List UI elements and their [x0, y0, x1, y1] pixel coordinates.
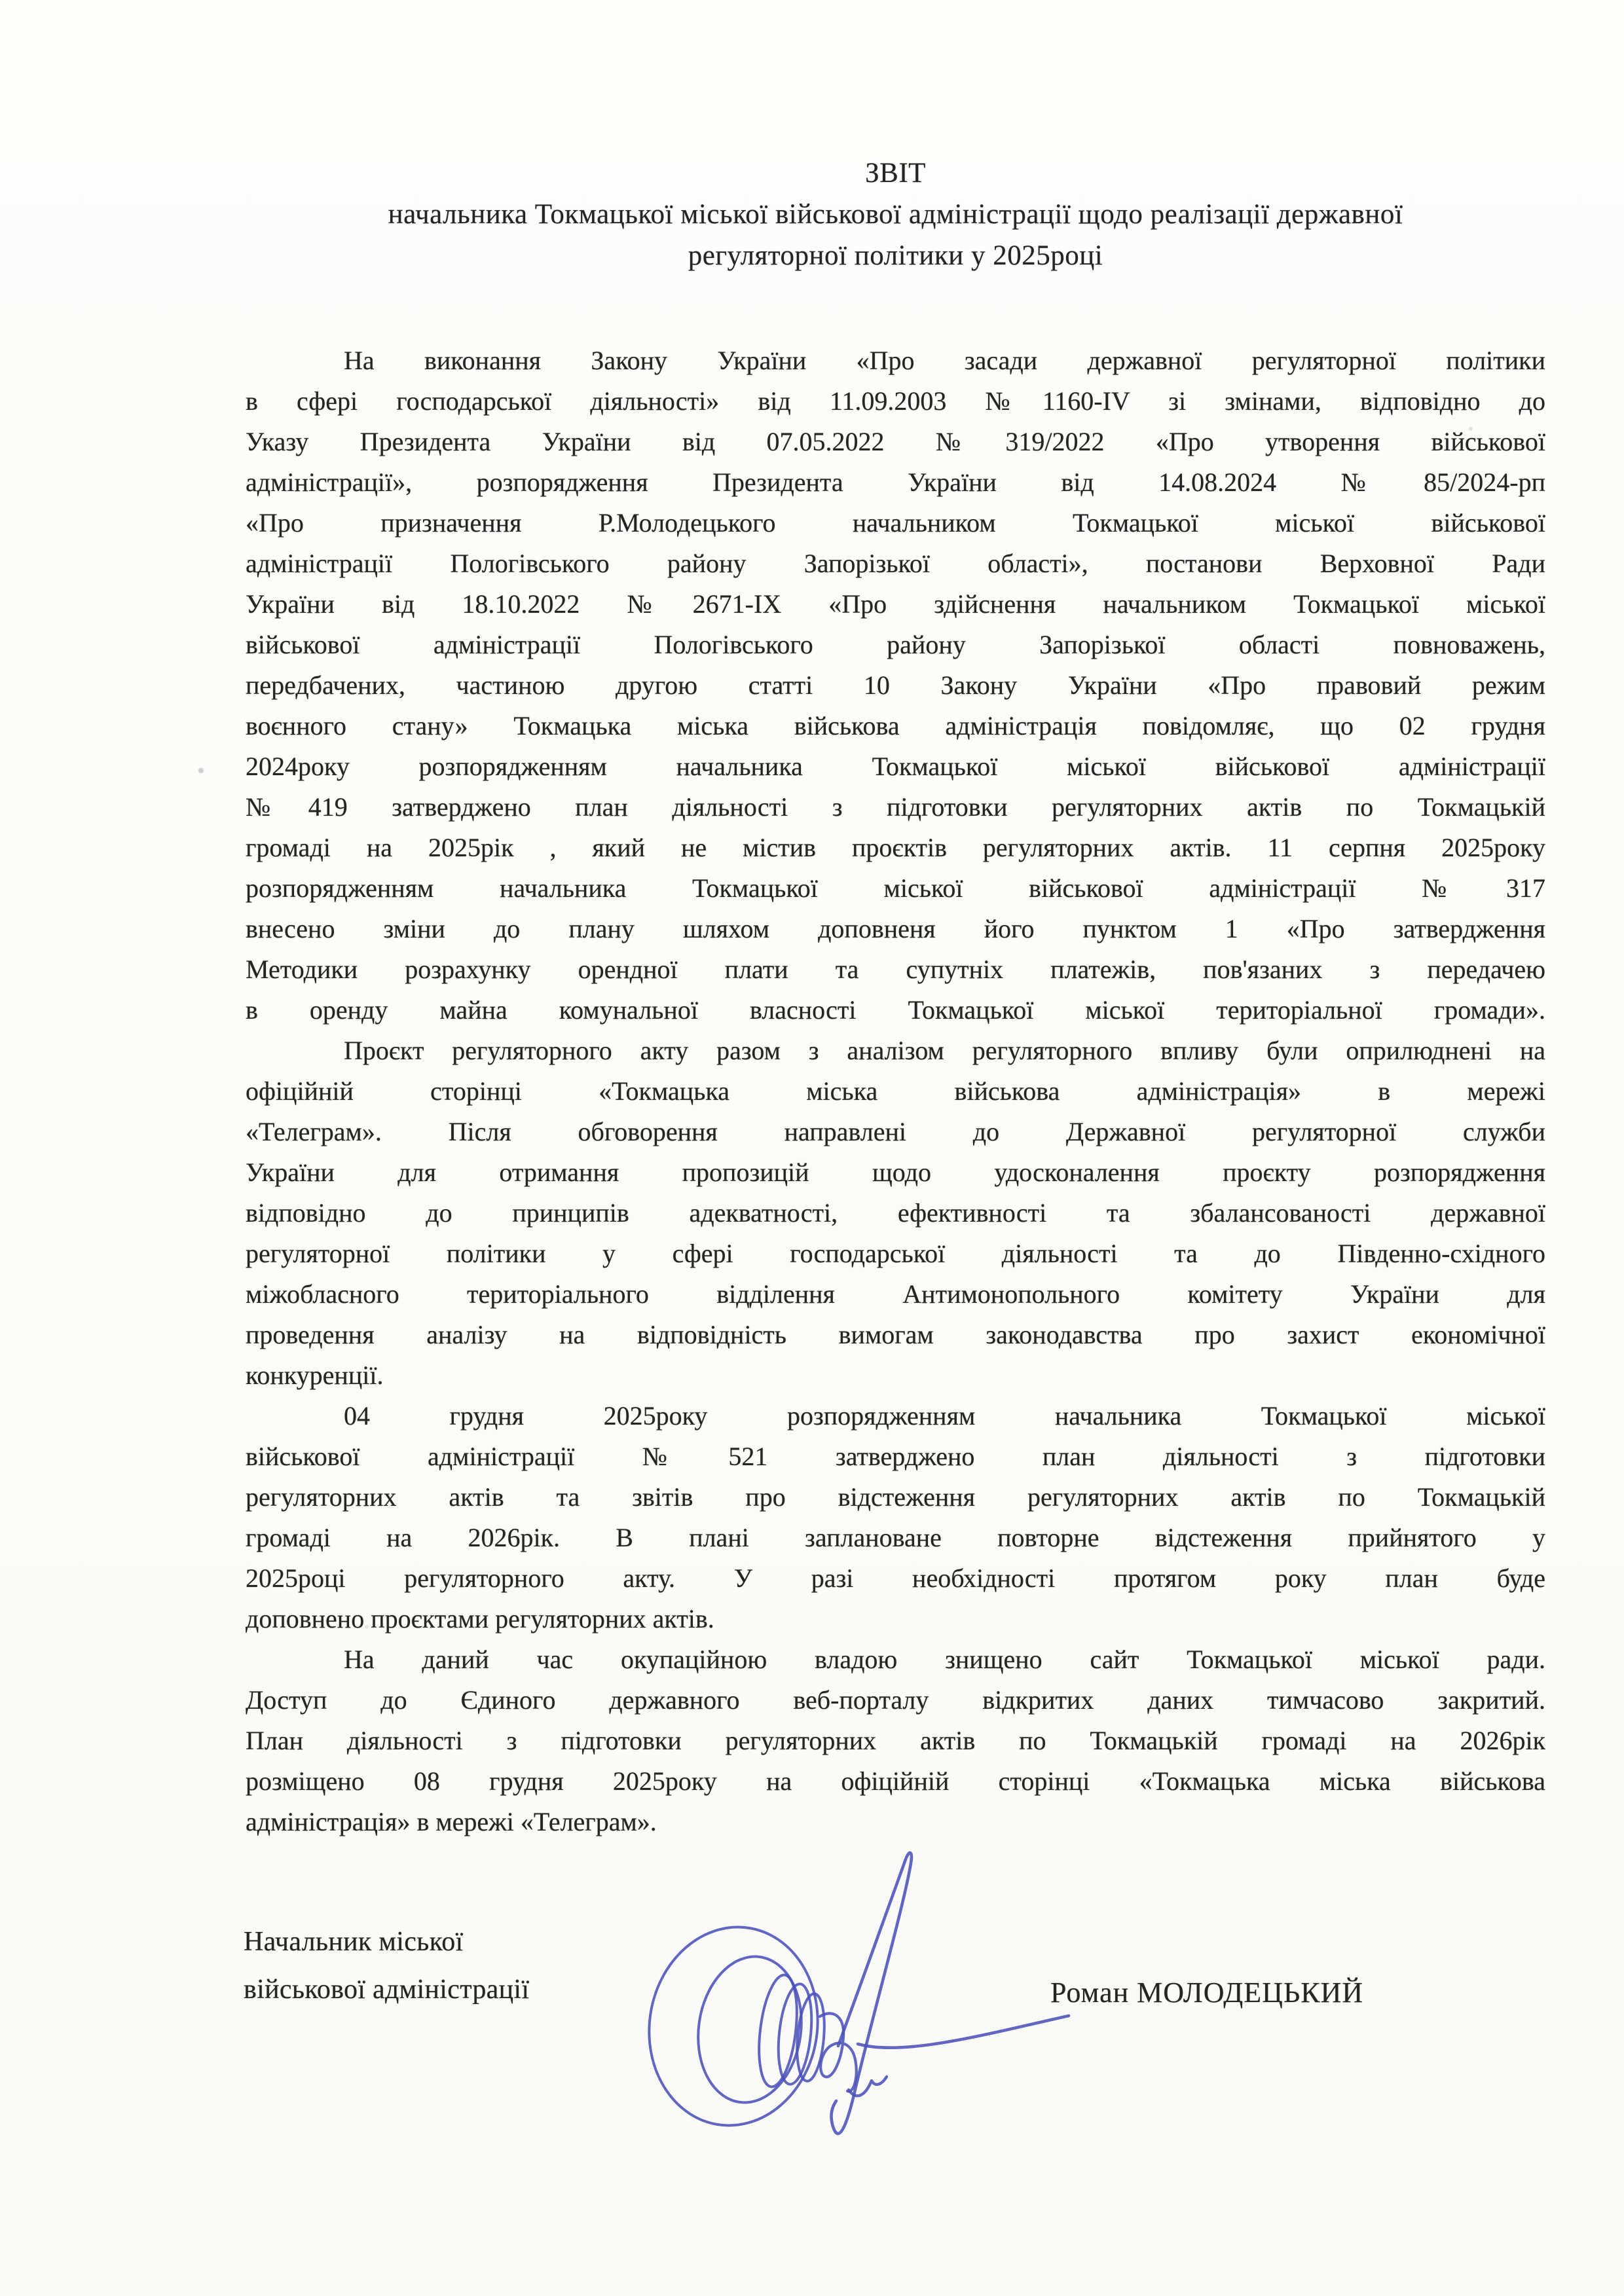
signatory-role-line-2: військової адміністрації — [244, 1966, 529, 2014]
signatory-role-line-1: Начальник міської — [244, 1918, 529, 1966]
signatory-name: Роман МОЛОДЕЦЬКИЙ — [1050, 1976, 1363, 2009]
handwritten-signature-icon — [622, 1820, 1120, 2187]
document-page: ЗВІТ начальника Токмацької міської війсь… — [0, 0, 1624, 2296]
signatory-role: Начальник міської військової адміністрац… — [244, 1918, 529, 2014]
signature-block: Начальник міської військової адміністрац… — [0, 0, 1624, 2296]
